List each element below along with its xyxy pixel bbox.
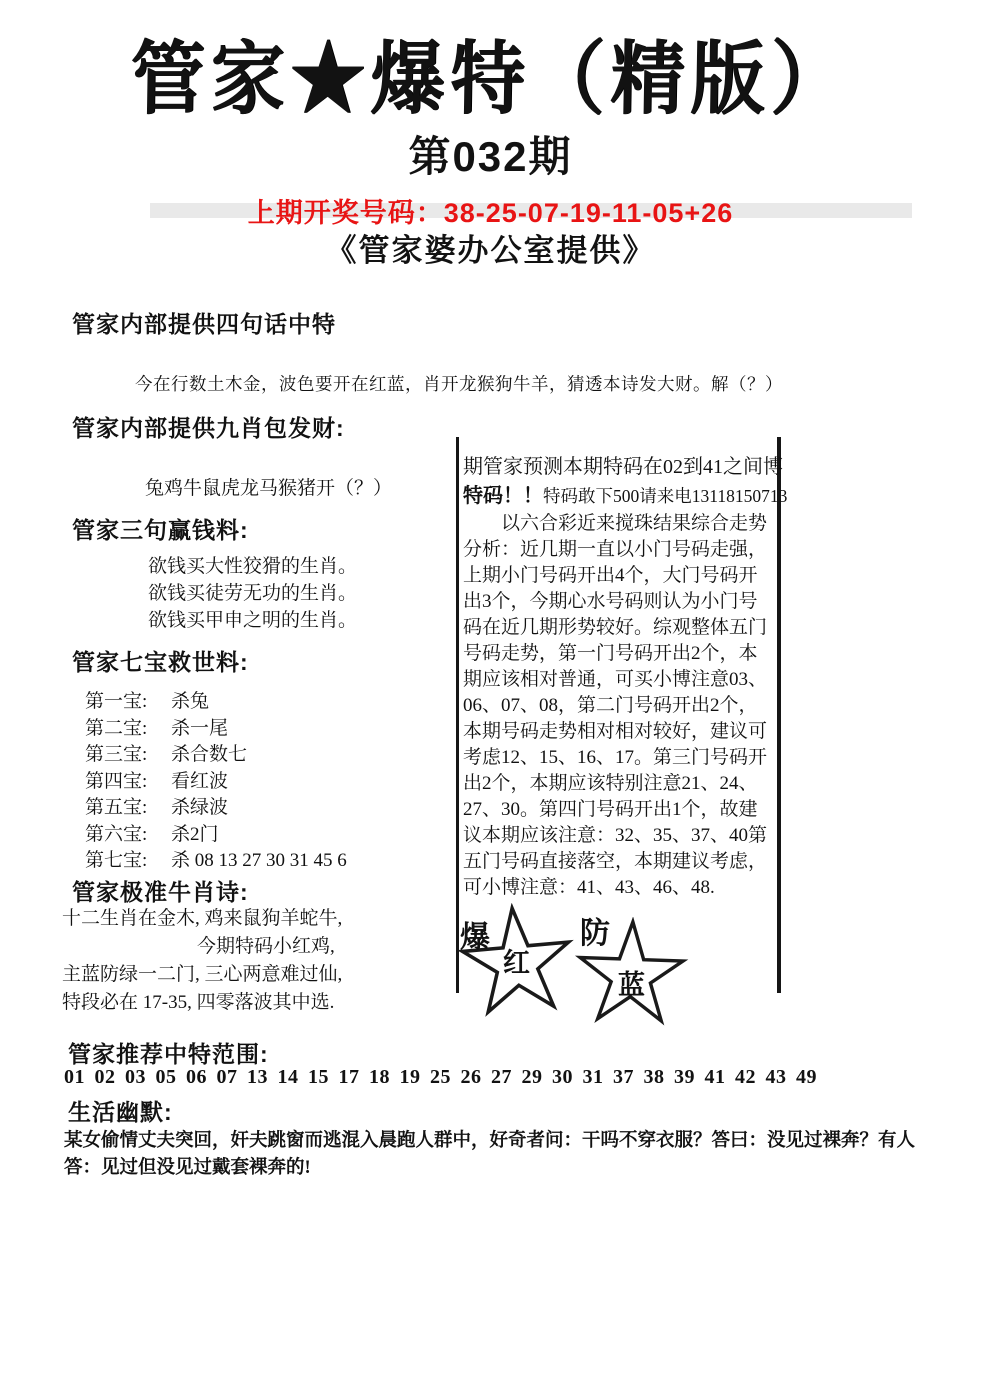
treasure-label: 第一宝: bbox=[85, 686, 157, 713]
nine-zodiac-line: 兔鸡牛鼠虎龙马猴猪开（？） bbox=[145, 473, 392, 500]
analysis-line: 上期小门号码开出4个，大门号码开 bbox=[463, 563, 778, 589]
tip-sheet-page: 管家★爆特（精版） 第032期 上期开奖号码：38-25-07-19-11-05… bbox=[0, 0, 981, 1388]
star-text-blue: 蓝 bbox=[618, 963, 645, 1002]
section-heading-four-lines: 管家内部提供四句话中特 bbox=[72, 306, 336, 339]
treasure-value: 杀 08 13 27 30 31 45 6 bbox=[171, 850, 347, 871]
seven-treasures-list: 第一宝:杀兔 第二宝:杀一尾 第三宝:杀合数七 第四宝:看红波 第五宝:杀绿波 … bbox=[85, 686, 347, 872]
analysis-line: 码在近几期形势较好。综观整体五门 bbox=[463, 615, 778, 641]
four-lines-poem: 今在行数土木金，波色要开在红蓝，肖开龙猴狗牛羊，猜透本诗发大财。解（？） bbox=[135, 371, 783, 396]
treasure-value: 杀合数七 bbox=[171, 744, 247, 765]
analysis-line: 可小博注意：41、43、46、48. bbox=[463, 875, 778, 901]
treasure-label: 第四宝: bbox=[85, 766, 157, 793]
analysis-line: 议本期应该注意：32、35、37、40第 bbox=[463, 823, 778, 849]
analysis-line: 出3个，今期心水号码则认为小门号 bbox=[463, 589, 778, 615]
analysis-line: 本期号码走势相对相对较好，建议可 bbox=[463, 719, 778, 745]
analysis-block: 期管家预测本期特码在02到41之间博 特码！！特码敢下500请来电1311815… bbox=[463, 453, 778, 901]
analysis-line: 考虑12、15、16、17。第三门号码开 bbox=[463, 745, 778, 771]
analysis-line: 以六合彩近来搅珠结果综合走势 bbox=[463, 511, 816, 537]
humor-line: 答：见过但没见过戴套裸奔的! bbox=[64, 1155, 930, 1182]
analysis-line: 号码走势，第一门号码开出2个，本 bbox=[463, 641, 778, 667]
treasure-label: 第七宝: bbox=[85, 845, 157, 872]
treasure-label: 第二宝: bbox=[85, 713, 157, 740]
treasure-value: 杀兔 bbox=[171, 691, 209, 712]
zodiac-poem-line: 主蓝防绿一二门, 三心两意难过仙, bbox=[62, 959, 342, 986]
section-heading-humor: 生活幽默: bbox=[68, 1094, 173, 1127]
treasure-row: 第三宝:杀合数七 bbox=[85, 739, 347, 766]
zodiac-poem-line: 十二生肖在金木, 鸡来鼠狗羊蛇牛, bbox=[62, 903, 342, 930]
last-draw-numbers: 上期开奖号码：38-25-07-19-11-05+26 bbox=[0, 191, 981, 230]
analysis-line: 期管家预测本期特码在02到41之间博 bbox=[463, 453, 778, 482]
treasure-row: 第五宝:杀绿波 bbox=[85, 792, 347, 819]
money-tip-line: 欲钱买徒劳无功的生肖。 bbox=[148, 578, 357, 605]
analysis-line: 期应该相对普通，可买小博注意03、 bbox=[463, 667, 778, 693]
analysis-line2-rest: 特码敢下500请来电13118150713 bbox=[543, 486, 787, 506]
star-label-fang: 防 bbox=[580, 908, 610, 952]
section-heading-nine-zodiac: 管家内部提供九肖包发财: bbox=[72, 410, 345, 443]
treasure-row: 第四宝:看红波 bbox=[85, 766, 347, 793]
treasure-label: 第三宝: bbox=[85, 739, 157, 766]
money-tip-line: 欲钱买大性狡猾的生肖。 bbox=[148, 551, 357, 578]
treasure-row: 第二宝:杀一尾 bbox=[85, 713, 347, 740]
treasure-label: 第五宝: bbox=[85, 792, 157, 819]
provider-line: 《管家婆办公室提供》 bbox=[0, 225, 981, 270]
money-tip-line: 欲钱买甲申之明的生肖。 bbox=[148, 605, 357, 632]
treasure-row: 第七宝:杀 08 13 27 30 31 45 6 bbox=[85, 845, 347, 872]
analysis-line: 特码！！特码敢下500请来电13118150713 bbox=[463, 482, 778, 511]
treasure-row: 第六宝:杀2门 bbox=[85, 819, 347, 846]
analysis-line: 分析：近几期一直以小门号码走强， bbox=[463, 537, 778, 563]
treasure-label: 第六宝: bbox=[85, 819, 157, 846]
analysis-line: 出2个，本期应该特别注意21、24、 bbox=[463, 771, 778, 797]
star-text-red: 红 bbox=[503, 941, 530, 980]
humor-line: 某女偷情丈夫突回，奸夫跳窗而逃混入晨跑人群中，好奇者问：干吗不穿衣服？答曰：没见… bbox=[64, 1128, 930, 1155]
page-title: 管家★爆特（精版） bbox=[0, 16, 981, 130]
section-heading-seven-treasures: 管家七宝救世料: bbox=[72, 644, 249, 677]
zodiac-poem-line: 今期特码小红鸡, bbox=[197, 931, 335, 958]
zodiac-poem-line: 特段必在 17-35, 四零落波其中选. bbox=[62, 987, 334, 1014]
humor-text: 某女偷情丈夫突回，奸夫跳窗而逃混入晨跑人群中，好奇者问：干吗不穿衣服？答曰：没见… bbox=[64, 1128, 930, 1182]
issue-number: 第032期 bbox=[0, 124, 981, 184]
treasure-row: 第一宝:杀兔 bbox=[85, 686, 347, 713]
recommend-numbers: 01 02 03 05 06 07 13 14 15 17 18 19 25 2… bbox=[64, 1066, 817, 1089]
star-label-bao: 爆 bbox=[460, 912, 490, 956]
analysis-line: 五门号码直接落空，本期建议考虑， bbox=[463, 849, 778, 875]
analysis-line: 27、30。第四门号码开出1个，故建 bbox=[463, 797, 778, 823]
analysis-line: 06、07、08，第二门号码开出2个， bbox=[463, 693, 778, 719]
section-heading-three-sentences: 管家三句赢钱料: bbox=[72, 512, 249, 545]
section-heading-recommend: 管家推荐中特范围: bbox=[68, 1036, 269, 1069]
treasure-value: 杀绿波 bbox=[171, 797, 228, 818]
treasure-value: 杀2门 bbox=[171, 824, 219, 845]
treasure-value: 看红波 bbox=[171, 771, 228, 792]
analysis-line2-bold: 特码！！ bbox=[463, 485, 543, 507]
treasure-value: 杀一尾 bbox=[171, 718, 228, 739]
